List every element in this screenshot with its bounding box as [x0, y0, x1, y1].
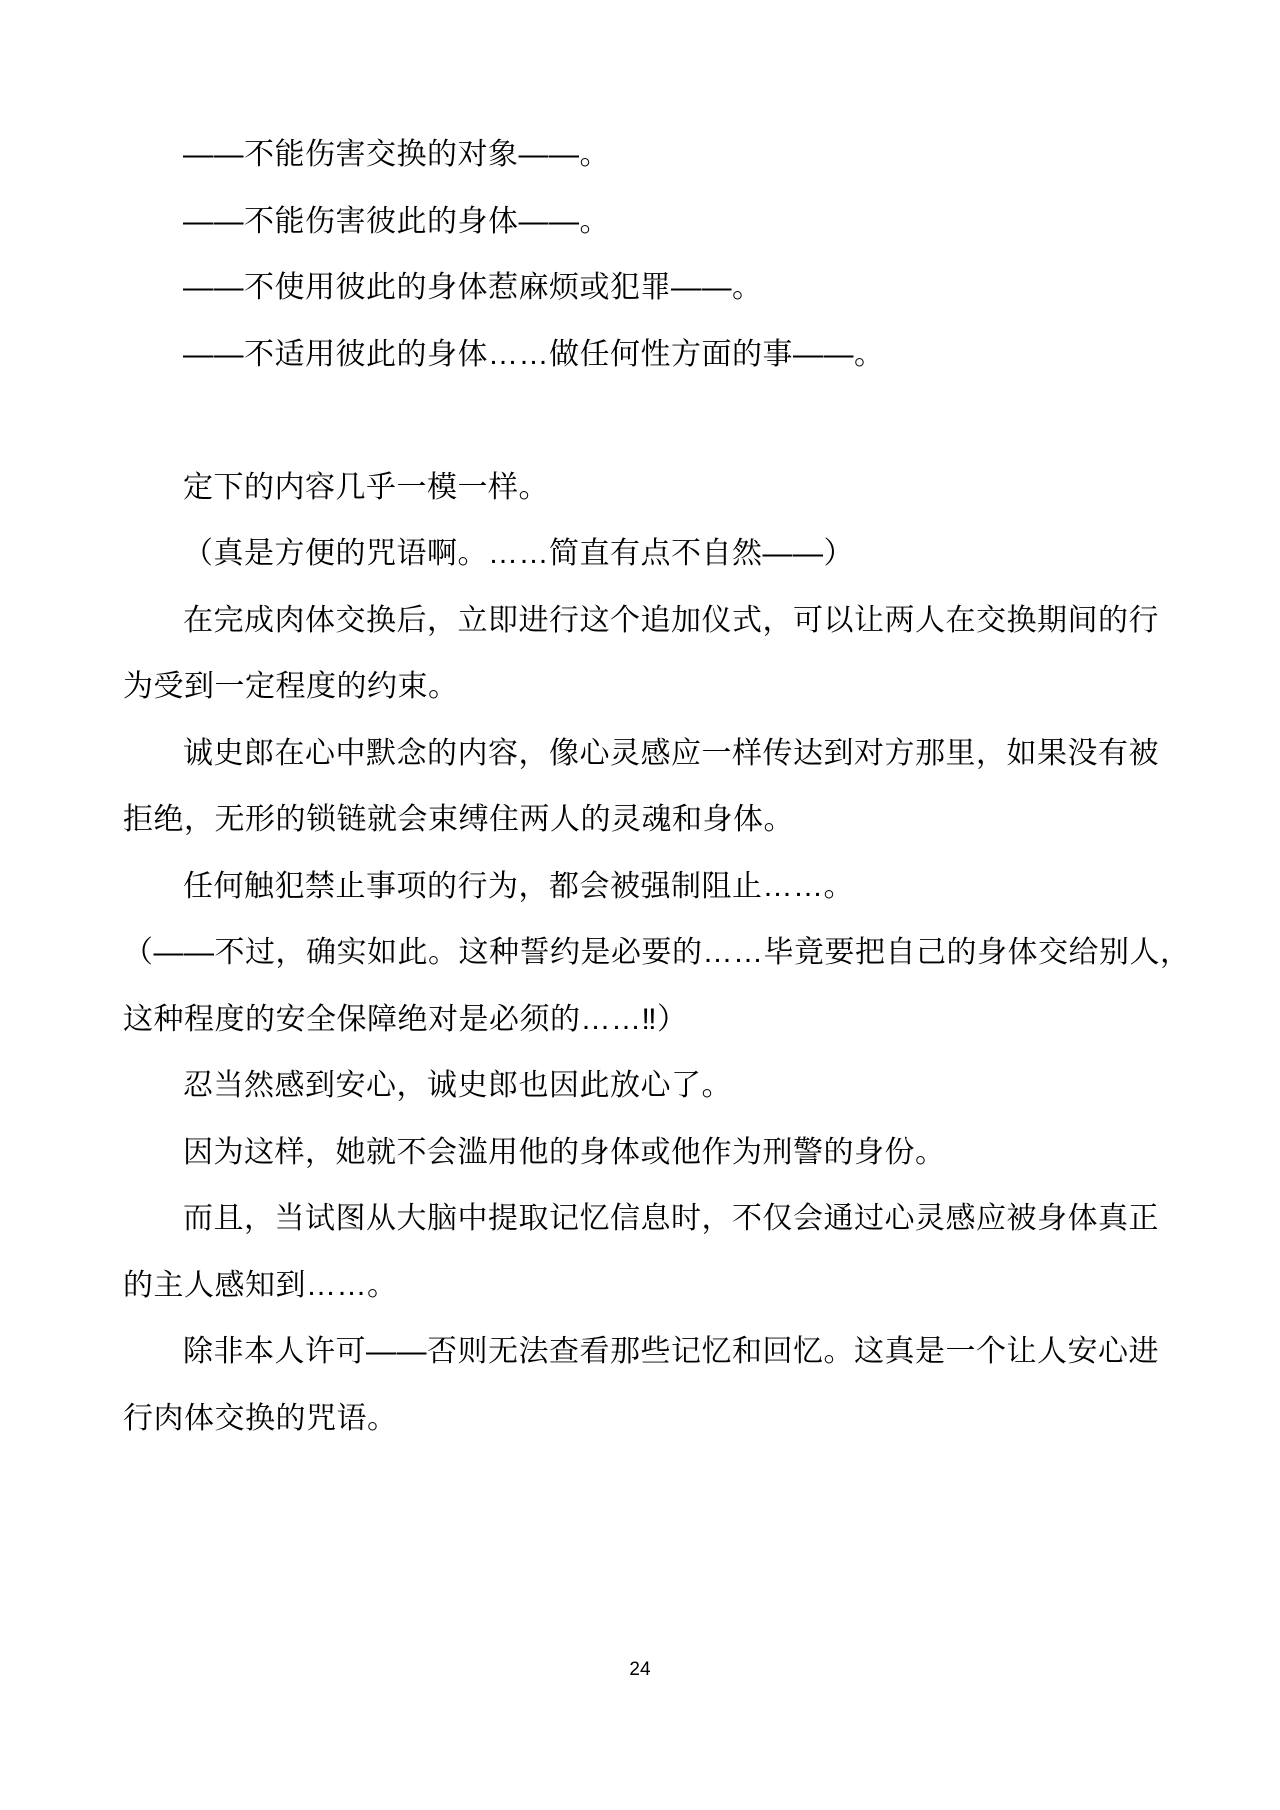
- text-line: 定下的内容几乎一模一样。: [123, 455, 1183, 522]
- text-line: 这种程度的安全保障绝对是必须的……‼）: [123, 987, 1183, 1054]
- text-line: 任何触犯禁止事项的行为，都会被强制阻止……。: [123, 854, 1183, 921]
- blank-line: [123, 388, 1183, 455]
- text-line: （——不过，确实如此。这种誓约是必要的……毕竟要把自己的身体交给别人，: [123, 920, 1183, 987]
- text-line: （真是方便的咒语啊。……简直有点不自然——）: [123, 521, 1183, 588]
- text-line: 而且，当试图从大脑中提取记忆信息时，不仅会通过心灵感应被身体真正: [123, 1186, 1183, 1253]
- text-line: 除非本人许可——否则无法查看那些记忆和回忆。这真是一个让人安心进: [123, 1319, 1183, 1386]
- page-number: 24: [0, 1652, 1280, 1688]
- body-text: ——不能伤害交换的对象——。 ——不能伤害彼此的身体——。 ——不使用彼此的身体…: [123, 122, 1183, 1452]
- text-line: 在完成肉体交换后，立即进行这个追加仪式，可以让两人在交换期间的行: [123, 588, 1183, 655]
- text-line: 忍当然感到安心，诚史郎也因此放心了。: [123, 1053, 1183, 1120]
- text-line: ——不能伤害彼此的身体——。: [123, 189, 1183, 256]
- text-line: 因为这样，她就不会滥用他的身体或他作为刑警的身份。: [123, 1120, 1183, 1187]
- text-line: ——不适用彼此的身体……做任何性方面的事——。: [123, 322, 1183, 389]
- text-line: 的主人感知到……。: [123, 1253, 1183, 1320]
- text-line: ——不使用彼此的身体惹麻烦或犯罪——。: [123, 255, 1183, 322]
- text-line: ——不能伤害交换的对象——。: [123, 122, 1183, 189]
- text-line: 为受到一定程度的约束。: [123, 654, 1183, 721]
- text-line: 行肉体交换的咒语。: [123, 1386, 1183, 1453]
- document-page: ——不能伤害交换的对象——。 ——不能伤害彼此的身体——。 ——不使用彼此的身体…: [0, 0, 1280, 1810]
- text-line: 诚史郎在心中默念的内容，像心灵感应一样传达到对方那里，如果没有被: [123, 721, 1183, 788]
- text-line: 拒绝，无形的锁链就会束缚住两人的灵魂和身体。: [123, 787, 1183, 854]
